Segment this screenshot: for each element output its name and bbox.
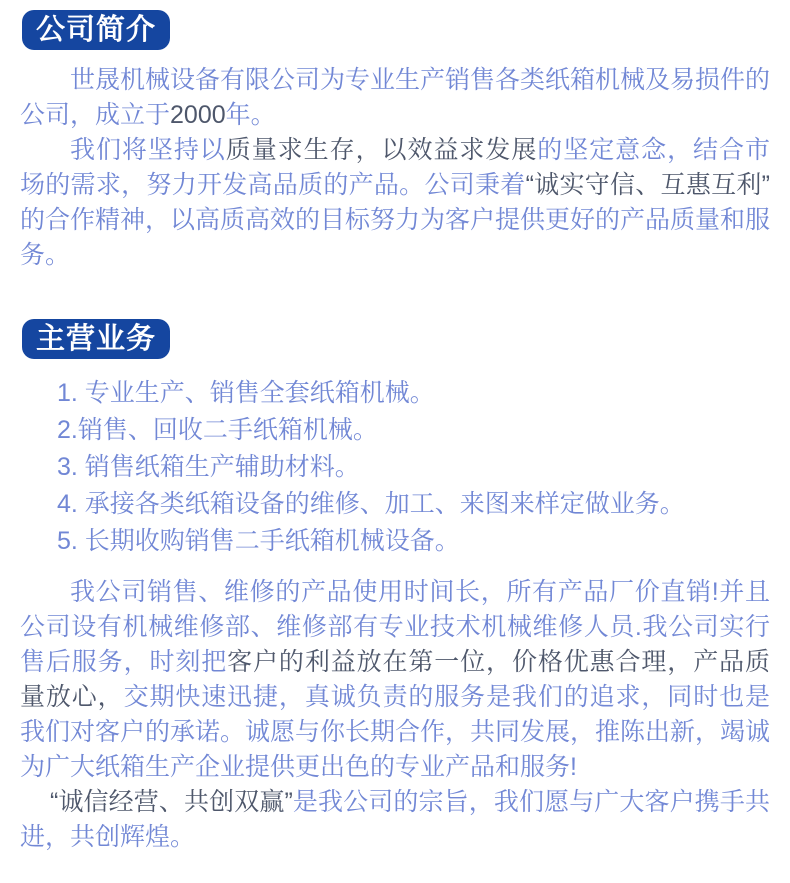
business-list-item: 5. 长期收购销售二手纸箱机械设备。 xyxy=(57,523,770,560)
text-run: 交期快速迅捷，真诚负责的服务是我们的追求，同时也是我们对客户的承诺。诚愿与你长期… xyxy=(20,683,770,781)
business-list-item: 3. 销售纸箱生产辅助材料。 xyxy=(57,449,770,486)
text-run: “诚实守信、互惠互利” xyxy=(526,171,770,199)
business-list-item: 1. 专业生产、销售全套纸箱机械。 xyxy=(57,375,770,412)
text-run: 2000 xyxy=(170,101,226,129)
sales-service-paragraph: 我公司销售、维修的产品使用时间长，所有产品厂价直销!并且公司设有机械维修部、维修… xyxy=(20,575,770,785)
text-run: 质量求生存，以效益求发展 xyxy=(226,136,538,164)
text-run: 世晟机械设备有限公司为专业生产销售各类纸箱机械及易损件的公司，成立于 xyxy=(20,66,770,129)
business-list-item: 4. 承接各类纸箱设备的维修、加工、来图来样定做业务。 xyxy=(57,486,770,523)
text-run: “诚信经营、共创双赢” xyxy=(50,788,293,816)
main-business-heading: 主营业务 xyxy=(22,319,170,359)
company-intro-page: 公司简介 世晟机械设备有限公司为专业生产销售各类纸箱机械及易损件的公司，成立于2… xyxy=(0,0,790,883)
business-list-item: 2.销售、回收二手纸箱机械。 xyxy=(57,412,770,449)
text-run: 年。 xyxy=(226,101,276,129)
closing-motto-paragraph: “诚信经营、共创双赢”是我公司的宗旨，我们愿与广大客户携手共进，共创辉煌。 xyxy=(20,785,770,855)
business-list: 1. 专业生产、销售全套纸箱机械。 2.销售、回收二手纸箱机械。 3. 销售纸箱… xyxy=(57,375,770,560)
text-run: 的合作精神，以高质高效的目标努力为客户提供更好的产品质量和服务。 xyxy=(20,206,770,269)
text-run: 我们将坚持以 xyxy=(70,136,226,164)
company-profile-heading: 公司简介 xyxy=(22,10,170,50)
company-intro-paragraph: 世晟机械设备有限公司为专业生产销售各类纸箱机械及易损件的公司，成立于2000年。 xyxy=(20,63,770,133)
company-philosophy-paragraph: 我们将坚持以质量求生存，以效益求发展的坚定意念，结合市场的需求，努力开发高品质的… xyxy=(20,133,770,273)
